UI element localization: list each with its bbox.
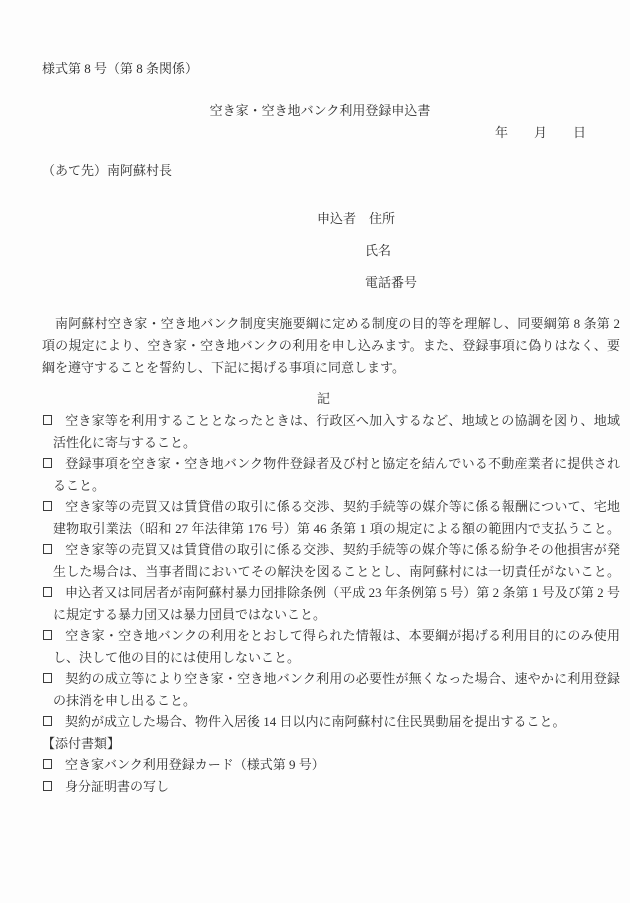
agreement-line-1: 南阿蘇村空き家・空き地バンク制度実施要綱に定める制度の目的等を理解し、同要綱第 … <box>42 313 620 335</box>
check-item-line: 契約が成立した場合、物件入居後 14 日以内に南阿蘇村に住民異動届を提出すること… <box>42 711 620 733</box>
checkbox-icon <box>43 415 52 425</box>
applicant-address-row: 申込者 住所 <box>317 203 620 235</box>
check-item-line: 契約の成立等により空き家・空き地バンク利用の必要性が無くなった場合、速やかに利用… <box>42 668 620 690</box>
check-item: 空き家等を利用することとなったときは、行政区へ加入するなど、地域との協調を図り、… <box>42 410 620 453</box>
applicant-block: 申込者 住所 氏名 電話番号 <box>317 203 620 299</box>
check-item: 登録事項を空き家・空き地バンク物件登録者及び村と協定を結んでいる不動産業者に提供… <box>42 453 620 496</box>
check-item-line: し、決して他の目的には使用しないこと。 <box>42 647 620 669</box>
check-item-text: 契約の成立等により空き家・空き地バンク利用の必要性が無くなった場合、速やかに利用… <box>65 671 620 686</box>
check-item-text: 空き家等の売買又は賃貸借の取引に係る交渉、契約手続等の媒介等に係る紛争その他損害… <box>65 542 620 557</box>
check-item: 空き家・空き地バンクの利用をとおして得られた情報は、本要綱が掲げる利用目的にのみ… <box>42 625 620 668</box>
checkbox-icon <box>43 759 52 769</box>
agreement-paragraph: 南阿蘇村空き家・空き地バンク制度実施要綱に定める制度の目的等を理解し、同要綱第 … <box>42 313 620 379</box>
agreement-line-2: 項の規定により、空き家・空き地バンクの利用を申し込みます。また、登録事項に偽りは… <box>42 335 620 357</box>
check-item: 申込者又は同居者が南阿蘇村暴力団排除条例（平成 23 年条例第 5 号）第 2 … <box>42 582 620 625</box>
document-content: 様式第 8 号（第 8 条関係） 空き家・空き地バンク利用登録申込書 年 月 日… <box>0 0 630 797</box>
ki-heading: 記 <box>42 388 605 410</box>
check-item-line: 空き家等の売買又は賃貸借の取引に係る交渉、契約手続等の媒介等に係る報酬について、… <box>42 496 620 518</box>
check-item-text: 登録事項を空き家・空き地バンク物件登録者及び村と協定を結んでいる不動産業者に提供… <box>65 456 620 471</box>
applicant-name-row: 氏名 <box>317 235 620 267</box>
agreement-checklist: 空き家等を利用することとなったときは、行政区へ加入するなど、地域との協調を図り、… <box>42 410 620 733</box>
checkbox-icon <box>43 501 52 511</box>
check-item-line: 空き家・空き地バンクの利用をとおして得られた情報は、本要綱が掲げる利用目的にのみ… <box>42 625 620 647</box>
checkbox-icon <box>43 673 52 683</box>
attachment-item: 空き家バンク利用登録カード（様式第 9 号） <box>42 754 620 776</box>
check-item-text: 申込者又は同居者が南阿蘇村暴力団排除条例（平成 23 年条例第 5 号）第 2 … <box>65 585 620 600</box>
check-item: 空き家等の売買又は賃貸借の取引に係る交渉、契約手続等の媒介等に係る紛争その他損害… <box>42 539 620 582</box>
document-title: 空き家・空き地バンク利用登録申込書 <box>42 100 598 122</box>
check-item: 契約が成立した場合、物件入居後 14 日以内に南阿蘇村に住民異動届を提出すること… <box>42 711 620 733</box>
checkbox-icon <box>43 716 52 726</box>
check-item-line: 空き家等を利用することとなったときは、行政区へ加入するなど、地域との協調を図り、… <box>42 410 620 432</box>
check-item-line: の抹消を申し出ること。 <box>42 690 620 712</box>
date-line: 年 月 日 <box>42 122 620 144</box>
checkbox-icon <box>43 587 52 597</box>
form-number: 様式第 8 号（第 8 条関係） <box>42 58 620 80</box>
check-item-text: 契約が成立した場合、物件入居後 14 日以内に南阿蘇村に住民異動届を提出すること… <box>65 714 566 729</box>
addressee: （あて先）南阿蘇村長 <box>42 160 620 182</box>
checkbox-icon <box>43 458 52 468</box>
check-item: 契約の成立等により空き家・空き地バンク利用の必要性が無くなった場合、速やかに利用… <box>42 668 620 711</box>
check-item-line: 生した場合は、当事者間においてその解決を図ることとし、南阿蘇村には一切責任がない… <box>42 561 620 583</box>
checkbox-icon <box>43 630 52 640</box>
attachment-item: 身分証明書の写し <box>42 776 620 798</box>
check-item-text: 空き家等の売買又は賃貸借の取引に係る交渉、契約手続等の媒介等に係る報酬について、… <box>65 499 620 514</box>
check-item-line: 登録事項を空き家・空き地バンク物件登録者及び村と協定を結んでいる不動産業者に提供… <box>42 453 620 475</box>
check-item-line: 活性化に寄与すること。 <box>42 432 620 454</box>
attachment-item-text: 身分証明書の写し <box>65 779 169 794</box>
check-item-text: 空き家・空き地バンクの利用をとおして得られた情報は、本要綱が掲げる利用目的にのみ… <box>65 628 620 643</box>
document-page: 様式第 8 号（第 8 条関係） 空き家・空き地バンク利用登録申込書 年 月 日… <box>0 0 630 903</box>
attachment-item-text: 空き家バンク利用登録カード（様式第 9 号） <box>65 757 325 772</box>
agreement-line-3: 綱を遵守することを誓約し、下記に掲げる事項に同意します。 <box>42 357 620 379</box>
check-item-line: 建物取引業法（昭和 27 年法律第 176 号）第 46 条第 1 項の規定によ… <box>42 518 620 540</box>
attachments-list: 空き家バンク利用登録カード（様式第 9 号） 身分証明書の写し <box>42 754 620 797</box>
attachments-heading: 【添付書類】 <box>42 733 620 755</box>
check-item: 空き家等の売買又は賃貸借の取引に係る交渉、契約手続等の媒介等に係る報酬について、… <box>42 496 620 539</box>
checkbox-icon <box>43 781 52 791</box>
applicant-phone-row: 電話番号 <box>317 267 620 299</box>
check-item-line: に規定する暴力団又は暴力団員ではないこと。 <box>42 604 620 626</box>
check-item-line: ること。 <box>42 475 620 497</box>
checkbox-icon <box>43 544 52 554</box>
check-item-line: 空き家等の売買又は賃貸借の取引に係る交渉、契約手続等の媒介等に係る紛争その他損害… <box>42 539 620 561</box>
check-item-text: 空き家等を利用することとなったときは、行政区へ加入するなど、地域との協調を図り、… <box>65 413 620 428</box>
check-item-line: 申込者又は同居者が南阿蘇村暴力団排除条例（平成 23 年条例第 5 号）第 2 … <box>42 582 620 604</box>
